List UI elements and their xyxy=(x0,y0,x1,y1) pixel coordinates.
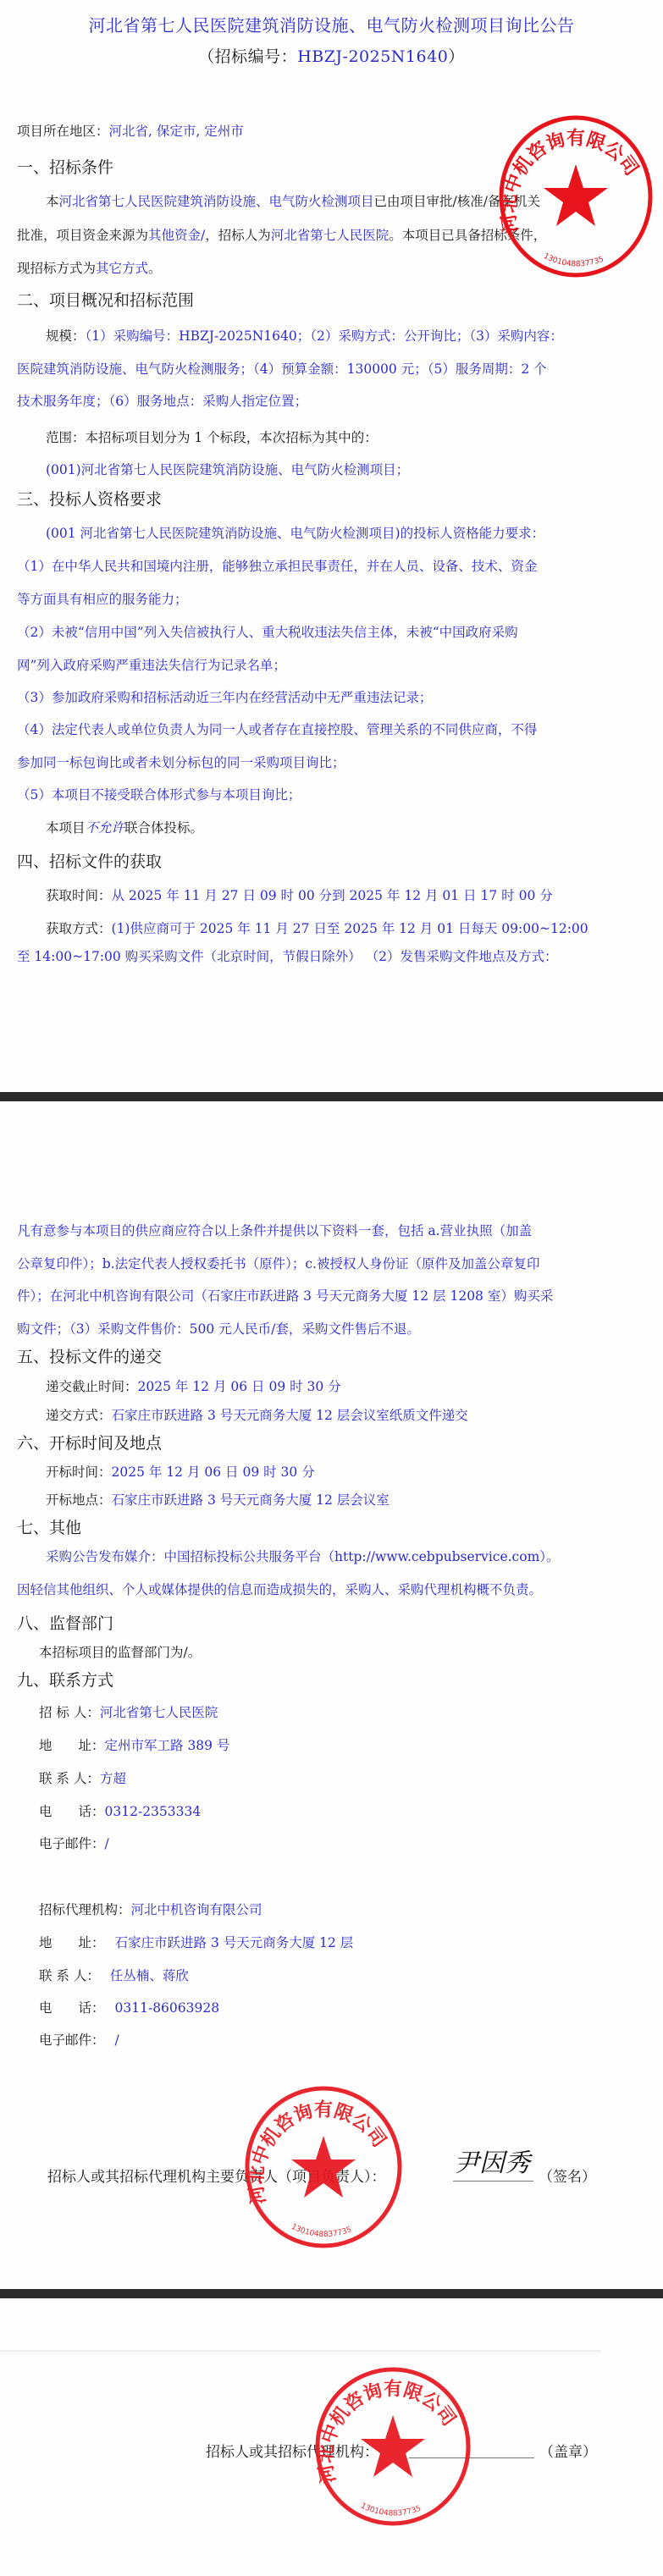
s4-method-line-6: 购文件；（3）采购文件售价：500 元人民币/套，采购文件售后不退。 xyxy=(17,1319,420,1338)
section-heading-9: 九、联系方式 xyxy=(17,1668,113,1691)
value: 2025 年 12 月 06 日 09 时 30 分 xyxy=(138,1379,341,1394)
value: 石家庄市跃进路 3 号天元商务大厦 12 层 xyxy=(115,1935,354,1950)
project-name: 河北省第七人民医院建筑消防设施、电气防火检测项目 xyxy=(59,194,374,209)
tenderer-address-row: 地 址：定州市军工路 389 号 xyxy=(39,1735,229,1754)
section-heading-1: 一、招标条件 xyxy=(17,155,113,178)
page-edge-shadow xyxy=(0,2350,601,2352)
value: (1)供应商可于 2025 年 11 月 27 日至 2025 年 12 月 0… xyxy=(112,921,588,936)
section-heading-7: 七、其他 xyxy=(17,1515,81,1538)
region-label: 项目所在地区： xyxy=(17,124,109,139)
label: 招 标 人： xyxy=(39,1705,100,1720)
value: 从 2025 年 11 月 27 日 09 时 00 分到 2025 年 12 … xyxy=(112,888,553,903)
label: 递交方式： xyxy=(46,1408,112,1423)
value: / xyxy=(105,1836,109,1851)
value: 石家庄市跃进路 3 号天元商务大厦 12 层会议室纸质文件递交 xyxy=(112,1408,468,1423)
section-heading-5: 五、投标文件的递交 xyxy=(17,1344,162,1367)
tenderer-name: 河北省第七人民医院 xyxy=(271,228,390,243)
s2-scale-line-2: 医院建筑消防设施、电气防火检测服务；（4）预算金额：130000 元；（5）服务… xyxy=(17,359,547,378)
s3-req-5: （5）本项目不接受联合体形式参与本项目询比； xyxy=(17,785,301,803)
project-region: 项目所在地区：河北省, 保定市, 定州市 xyxy=(17,121,244,140)
tenderer-contact-row: 联 系 人：方超 xyxy=(39,1768,126,1787)
agency-contact-row: 联 系 人：任丛楠、蒋欣 xyxy=(39,1966,189,1984)
handwritten-signature: 尹因秀 xyxy=(454,2142,530,2179)
scale-label: 规模： xyxy=(46,328,86,344)
text: 联合体投标。 xyxy=(124,820,203,836)
s2-lot: (001)河北省第七人民医院建筑消防设施、电气防火检测项目； xyxy=(46,460,409,478)
text: 本 xyxy=(46,194,59,209)
s3-req-2-line-1: （2）未被“信用中国”列入失信被执行人、重大税收违法失信主体，未被“中国政府采购 xyxy=(17,622,518,641)
label: 开标地点： xyxy=(46,1492,112,1508)
text: 现招标方式为 xyxy=(17,261,96,276)
subtitle-suffix: ） xyxy=(448,47,465,66)
tenderer-phone-row: 电 话：0312-2353334 xyxy=(39,1801,201,1820)
fund-source: 其他资金/ xyxy=(148,228,205,243)
value: 2025 年 12 月 06 日 09 时 30 分 xyxy=(112,1465,315,1480)
s4-method-line-3: 凡有意参与本项目的供应商应符合以上条件并提供以下资料一套，包括 a.营业执照（加… xyxy=(17,1221,532,1239)
document-subtitle: （招标编号：HBZJ-2025N1640） xyxy=(0,44,663,67)
tender-method: 其它方式 xyxy=(96,261,148,276)
label: 联 系 人： xyxy=(39,1968,100,1983)
s2-scale-line-3: 技术服务年度；（6）服务地点：采购人指定位置； xyxy=(17,391,307,410)
company-seal-icon: 河北中机咨询有限公司 1301048837735 xyxy=(243,2085,404,2250)
value: 定州市军工路 389 号 xyxy=(105,1738,230,1753)
agency-phone-row: 电 话：0311-86063928 xyxy=(39,1998,219,2016)
s3-req-1-line-2: 等方面具有相应的服务能力； xyxy=(17,589,188,608)
s3-req-1-line-1: （1）在中华人民共和国境内注册，能够独立承担民事责任，并在人员、设备、技术、资金 xyxy=(17,556,537,575)
s3-req-4-line-1: （4）法定代表人或单位负责人为同一人或者存在直接控股、管理关系的不同供应商，不得 xyxy=(17,720,537,738)
s7-media: 采购公告发布媒介：中国招标投标公共服务平台（http://www.cebpubs… xyxy=(46,1547,560,1565)
s3-intro: (001 河北省第七人民医院建筑消防设施、电气防火检测项目)的投标人资格能力要求… xyxy=(46,523,544,542)
label: 电 话： xyxy=(39,2000,105,2016)
page-divider xyxy=(0,1092,663,1101)
agency-name-row: 招标代理机构：河北中机咨询有限公司 xyxy=(39,1900,262,1918)
label: 招标代理机构： xyxy=(39,1902,131,1917)
value: 河北省第七人民医院 xyxy=(100,1705,218,1720)
company-seal-icon: 河北中机咨询有限公司 1301048837735 xyxy=(313,2366,472,2527)
tender-number: HBZJ-2025N1640 xyxy=(297,47,448,66)
consortium-value: 不允许 xyxy=(86,820,125,836)
label: 电子邮件： xyxy=(39,2033,105,2048)
label: 电子邮件： xyxy=(39,1836,105,1851)
section-heading-2: 二、项目概况和招标范围 xyxy=(17,288,194,311)
value: 0312-2353334 xyxy=(105,1804,202,1819)
page-divider xyxy=(0,2289,663,2298)
s6-place: 开标地点：石家庄市跃进路 3 号天元商务大厦 12 层会议室 xyxy=(46,1490,390,1509)
star-icon xyxy=(544,164,608,226)
s3-consortium: 本项目不允许联合体投标。 xyxy=(46,818,203,836)
s1-line-2: 批准，项目资金来源为其他资金/，招标人为河北省第七人民医院。本项目已具备招标条件… xyxy=(17,225,546,244)
s4-method-line-2: 至 14:00~17:00 购买采购文件（北京时间，节假日除外） （2）发售采购… xyxy=(17,946,557,965)
section-heading-4: 四、招标文件的获取 xyxy=(17,849,162,872)
star-icon xyxy=(361,2415,425,2477)
s6-time: 开标时间：2025 年 12 月 06 日 09 时 30 分 xyxy=(46,1462,315,1481)
s1-line-1: 本河北省第七人民医院建筑消防设施、电气防火检测项目已由项目审批/核准/备案机关 xyxy=(46,191,540,210)
signature-suffix: （签名） xyxy=(539,2165,596,2186)
scale-text: （1）采购编号：HBZJ-2025N1640；（2）采购方式：公开询比；（3）采… xyxy=(86,328,563,344)
svg-text:1301048837735: 1301048837735 xyxy=(542,252,605,269)
tenderer-name-row: 招 标 人：河北省第七人民医院 xyxy=(39,1702,218,1721)
s4-method-line-4: 公章复印件）；b.法定代表人授权委托书（原件）；c.被授权人身份证（原件及加盖公… xyxy=(17,1254,539,1272)
label: 递交截止时间： xyxy=(46,1379,138,1394)
s1-line-3: 现招标方式为其它方式。 xyxy=(17,258,162,277)
s4-method-line-1: 获取方式：(1)供应商可于 2025 年 11 月 27 日至 2025 年 1… xyxy=(46,918,588,937)
svg-text:1301048837735: 1301048837735 xyxy=(359,2502,422,2518)
label: 地 址： xyxy=(39,1738,105,1753)
value: 石家庄市跃进路 3 号天元商务大厦 12 层会议室 xyxy=(112,1492,390,1508)
text: 批准，项目资金来源为 xyxy=(17,228,148,243)
value: 0311-86063928 xyxy=(115,2000,220,2016)
value: 任丛楠、蒋欣 xyxy=(110,1968,189,1983)
s3-req-4-line-2: 参加同一标包询比或者未划分标包的同一采购项目询比； xyxy=(17,753,345,771)
s2-scale-line-1: 规模：（1）采购编号：HBZJ-2025N1640；（2）采购方式：公开询比；（… xyxy=(46,326,563,345)
region-value: 河北省, 保定市, 定州市 xyxy=(109,124,244,139)
value: 河北中机咨询有限公司 xyxy=(131,1902,262,1917)
s2-scope: 范围：本招标项目划分为 1 个标段，本次招标为其中的： xyxy=(46,427,378,446)
text: 。 xyxy=(148,261,162,276)
label: 开标时间： xyxy=(46,1465,112,1480)
value: / xyxy=(115,2033,119,2048)
s3-req-3: （3）参加政府采购和招标活动近三年内在经营活动中无严重违法记录； xyxy=(17,687,432,706)
section-heading-6: 六、开标时间及地点 xyxy=(17,1431,162,1453)
agency-email-row: 电子邮件：/ xyxy=(39,2030,119,2049)
label: 获取时间： xyxy=(46,888,112,903)
s5-deadline: 递交截止时间：2025 年 12 月 06 日 09 时 30 分 xyxy=(46,1376,341,1395)
tenderer-email-row: 电子邮件：/ xyxy=(39,1834,109,1852)
label: 联 系 人： xyxy=(39,1771,100,1786)
signature-underline xyxy=(453,2181,533,2182)
section-heading-3: 三、投标人资格要求 xyxy=(17,487,162,510)
s7-disclaimer: 因轻信其他组织、个人或媒体提供的信息而造成损失的，采购人、采购代理机构概不负责。 xyxy=(17,1580,542,1598)
star-icon xyxy=(291,2136,356,2198)
s5-method: 递交方式：石家庄市跃进路 3 号天元商务大厦 12 层会议室纸质文件递交 xyxy=(46,1405,468,1424)
value: 方超 xyxy=(100,1771,126,1786)
agency-address-row: 地 址：石家庄市跃进路 3 号天元商务大厦 12 层 xyxy=(39,1933,353,1951)
stamp-line-suffix: （盖章） xyxy=(539,2440,597,2461)
label: 电 话： xyxy=(39,1804,105,1819)
s3-req-2-line-2: 网”列入政府采购严重违法失信行为记录名单； xyxy=(17,655,286,674)
label: 获取方式： xyxy=(46,921,112,936)
s4-time: 获取时间：从 2025 年 11 月 27 日 09 时 00 分到 2025 … xyxy=(46,885,553,904)
text: 本项目 xyxy=(46,820,86,836)
svg-text:1301048837735: 1301048837735 xyxy=(290,2223,352,2239)
subtitle-prefix: （招标编号： xyxy=(198,47,297,66)
text: ，招标人为 xyxy=(205,228,271,243)
label: 地 址： xyxy=(39,1935,105,1950)
s4-method-line-5: 件）；在河北中机咨询有限公司（石家庄市跃进路 3 号天元商务大厦 12 层 12… xyxy=(17,1286,553,1305)
section-heading-8: 八、监督部门 xyxy=(17,1611,113,1634)
document-title: 河北省第七人民医院建筑消防设施、电气防火检测项目询比公告 xyxy=(0,12,663,36)
company-seal-icon: 河北中机咨询有限公司 1301048837735 xyxy=(495,112,656,281)
s8-text: 本招标项目的监督部门为/。 xyxy=(39,1642,201,1661)
